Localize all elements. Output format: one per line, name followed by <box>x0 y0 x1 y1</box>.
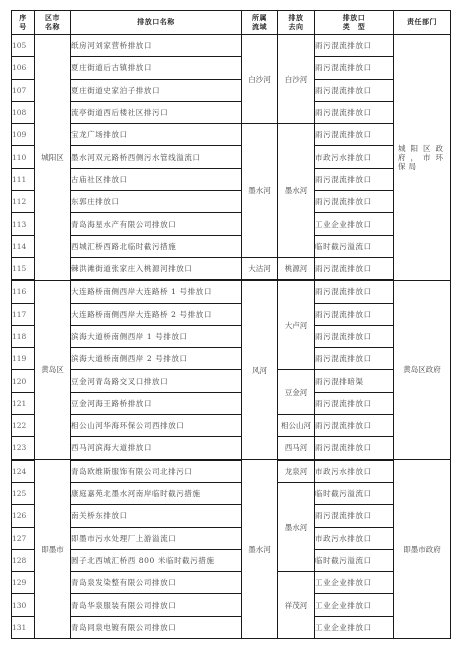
table-row: 106 夏庄街道后古镇排放口 雨污混流排放口 <box>12 57 451 79</box>
table-row: 127 即墨市污水处理厂上游溢流口 市政污水排放口 <box>12 527 451 549</box>
seq-cell: 111 <box>12 168 35 190</box>
dest-cell: 大卢河 <box>278 280 315 370</box>
type-cell: 雨污混流排放口 <box>315 168 394 190</box>
dest-cell: 白沙河 <box>278 35 315 124</box>
name-cell: 康庭嘉苑北墨水河南岸临时截污措施 <box>71 482 242 504</box>
table-row: 109 宝龙广场排放口 墨水河 墨水河 雨污混流排放口 <box>12 124 451 146</box>
seq-cell: 129 <box>12 572 35 594</box>
dest-cell: 桃源河 <box>278 257 315 280</box>
type-cell: 雨污混流排放口 <box>315 303 394 325</box>
table-row: 105 城阳区 纸房河刘家营桥排放口 白沙河 白沙河 雨污混流排放口 城阳区政府… <box>12 35 451 57</box>
table-row: 110 墨水河双元路桥西侧污水管线溢流口 市政污水排放口 <box>12 146 451 168</box>
district-cell: 即墨市 <box>35 460 71 639</box>
header-dept: 责任部门 <box>394 11 451 35</box>
table-row: 112 东郭庄排放口 雨污混流排放口 <box>12 191 451 213</box>
table-row: 111 古庙社区排放口 雨污混流排放口 <box>12 168 451 190</box>
seq-cell: 131 <box>12 616 35 638</box>
dest-cell: 豆金河 <box>278 370 315 415</box>
seq-cell: 120 <box>12 370 35 392</box>
table-row: 118 滨海大道桥南侧西岸 1 号排放口 雨污混流排放口 <box>12 325 451 347</box>
name-cell: 宝龙广场排放口 <box>71 124 242 146</box>
dest-cell: 相公山河 <box>278 415 315 437</box>
seq-cell: 107 <box>12 79 35 101</box>
seq-cell: 122 <box>12 415 35 437</box>
name-cell: 夏庄街道后古镇排放口 <box>71 57 242 79</box>
type-cell: 临时截污溢流口 <box>315 235 394 257</box>
type-cell: 雨污混流排放口 <box>315 191 394 213</box>
name-cell: 豆金河海王路桥排放口 <box>71 392 242 414</box>
seq-cell: 118 <box>12 325 35 347</box>
dept-cell: 城阳区政府，市环保局 <box>394 35 451 281</box>
table-row: 124 即墨市 青岛欧维斯服饰有限公司北排污口 墨水河 龙泉河 市政污水排放口 … <box>12 460 451 483</box>
name-cell: 豆金河青岛路交叉口排放口 <box>71 370 242 392</box>
name-cell: 青岛华泉服装有限公司排放口 <box>71 594 242 616</box>
type-cell: 市政污水排放口 <box>315 527 394 549</box>
table-row: 128 圆子北西城汇桥西 800 米临时截污措施 临时截污溢流口 <box>12 549 451 571</box>
table-row: 125 康庭嘉苑北墨水河南岸临时截污措施 墨水河 临时截污溢流口 <box>12 482 451 504</box>
name-cell: 青岛泉发染整有限公司排放口 <box>71 572 242 594</box>
type-cell: 市政污水排放口 <box>315 146 394 168</box>
dest-cell: 墨水河 <box>278 482 315 571</box>
district-cell: 黄岛区 <box>35 280 71 459</box>
table-row: 107 夏庄街道史家泊子排放口 雨污混流排放口 <box>12 79 451 101</box>
seq-cell: 123 <box>12 437 35 460</box>
type-cell: 雨污混流排放口 <box>315 35 394 57</box>
header-seq: 序号 <box>12 11 35 35</box>
name-cell: 棘洪滩街道张家庄入桃源河排放口 <box>71 257 242 280</box>
table-row: 123 西马河滨海大道排放口 西马河 雨污混流排放口 <box>12 437 451 460</box>
table-row: 114 西城汇桥西路北临时截污措施 临时截污溢流口 <box>12 235 451 257</box>
header-dest: 排放去向 <box>278 11 315 35</box>
type-cell: 雨污混流排放口 <box>315 415 394 437</box>
table-row: 108 流亭街道西后楼社区排污口 雨污混流排放口 <box>12 101 451 123</box>
seq-cell: 114 <box>12 235 35 257</box>
table-row: 122 相公山河华海环保公司西排放口 相公山河 雨污混流排放口 <box>12 415 451 437</box>
name-cell: 大连路桥南侧西岸大连路桥 1 号排放口 <box>71 280 242 303</box>
header-type: 排放口类 型 <box>315 11 394 35</box>
type-cell: 工业企业排放口 <box>315 594 394 616</box>
name-cell: 西马河滨海大道排放口 <box>71 437 242 460</box>
type-cell: 雨污混流排放口 <box>315 437 394 460</box>
table-row: 131 青岛同泉电镀有限公司排放口 工业企业排放口 <box>12 616 451 638</box>
dest-cell: 墨水河 <box>278 124 315 258</box>
name-cell: 即墨市污水处理厂上游溢流口 <box>71 527 242 549</box>
table-row: 117 大连路桥南侧西岸大连路桥 2 号排放口 雨污混流排放口 <box>12 303 451 325</box>
dept-cell: 黄岛区政府 <box>394 280 451 459</box>
district-cell: 城阳区 <box>35 35 71 281</box>
seq-cell: 105 <box>12 35 35 57</box>
header-basin: 所属流域 <box>242 11 278 35</box>
basin-cell: 风河 <box>242 280 278 459</box>
dest-cell: 龙泉河 <box>278 460 315 483</box>
dept-cell: 即墨市政府 <box>394 460 451 639</box>
outfall-table: 序号 区市名称 排放口名称 所属流域 排放去向 排放口类 型 责任部门 105 … <box>11 10 451 639</box>
name-cell: 相公山河华海环保公司西排放口 <box>71 415 242 437</box>
seq-cell: 117 <box>12 303 35 325</box>
basin-cell: 大沽河 <box>242 257 278 280</box>
name-cell: 纸房河刘家营桥排放口 <box>71 35 242 57</box>
table-row: 119 滨海大道桥南侧西岸 2 号排放口 雨污混流排放口 <box>12 348 451 370</box>
seq-cell: 127 <box>12 527 35 549</box>
type-cell: 市政污水排放口 <box>315 460 394 483</box>
type-cell: 临时截污溢流口 <box>315 549 394 571</box>
table-row: 121 豆金河海王路桥排放口 雨污混流排放口 <box>12 392 451 414</box>
table-row: 120 豆金河青岛路交叉口排放口 豆金河 雨污混排暗渠 <box>12 370 451 392</box>
header-district: 区市名称 <box>35 11 71 35</box>
seq-cell: 112 <box>12 191 35 213</box>
dest-cell: 西马河 <box>278 437 315 460</box>
type-cell: 雨污混流排放口 <box>315 57 394 79</box>
table-row: 115 棘洪滩街道张家庄入桃源河排放口 大沽河 桃源河 雨污混流排放口 <box>12 257 451 280</box>
name-cell: 滨海大道桥南侧西岸 2 号排放口 <box>71 348 242 370</box>
basin-cell: 墨水河 <box>242 124 278 258</box>
dest-cell: 祥茂河 <box>278 572 315 639</box>
name-cell: 夏庄街道史家泊子排放口 <box>71 79 242 101</box>
name-cell: 古庙社区排放口 <box>71 168 242 190</box>
type-cell: 雨污混流排放口 <box>315 124 394 146</box>
type-cell: 工业企业排放口 <box>315 213 394 235</box>
basin-cell: 墨水河 <box>242 460 278 639</box>
type-cell: 雨污混流排放口 <box>315 348 394 370</box>
seq-cell: 125 <box>12 482 35 504</box>
name-cell: 大连路桥南侧西岸大连路桥 2 号排放口 <box>71 303 242 325</box>
name-cell: 墨水河双元路桥西侧污水管线溢流口 <box>71 146 242 168</box>
type-cell: 雨污混流排放口 <box>315 280 394 303</box>
table-row: 116 黄岛区 大连路桥南侧西岸大连路桥 1 号排放口 风河 大卢河 雨污混流排… <box>12 280 451 303</box>
name-cell: 青岛欧维斯服饰有限公司北排污口 <box>71 460 242 483</box>
type-cell: 雨污混流排放口 <box>315 79 394 101</box>
seq-cell: 110 <box>12 146 35 168</box>
type-cell: 雨污混流排放口 <box>315 505 394 527</box>
header-name: 排放口名称 <box>71 11 242 35</box>
seq-cell: 108 <box>12 101 35 123</box>
header-row: 序号 区市名称 排放口名称 所属流域 排放去向 排放口类 型 责任部门 <box>12 11 451 35</box>
type-cell: 雨污混流排放口 <box>315 101 394 123</box>
type-cell: 工业企业排放口 <box>315 572 394 594</box>
name-cell: 圆子北西城汇桥西 800 米临时截污措施 <box>71 549 242 571</box>
table-row: 126 南关桥东排放口 雨污混流排放口 <box>12 505 451 527</box>
seq-cell: 115 <box>12 257 35 280</box>
seq-cell: 128 <box>12 549 35 571</box>
type-cell: 雨污混流排放口 <box>315 392 394 414</box>
type-cell: 雨污混流排放口 <box>315 325 394 347</box>
name-cell: 青岛海星水产有限公司排放口 <box>71 213 242 235</box>
type-cell: 雨污混流排放口 <box>315 257 394 280</box>
name-cell: 青岛同泉电镀有限公司排放口 <box>71 616 242 638</box>
seq-cell: 126 <box>12 505 35 527</box>
seq-cell: 130 <box>12 594 35 616</box>
table-row: 129 青岛泉发染整有限公司排放口 祥茂河 工业企业排放口 <box>12 572 451 594</box>
type-cell: 雨污混排暗渠 <box>315 370 394 392</box>
table-row: 113 青岛海星水产有限公司排放口 工业企业排放口 <box>12 213 451 235</box>
name-cell: 流亭街道西后楼社区排污口 <box>71 101 242 123</box>
seq-cell: 121 <box>12 392 35 414</box>
table-row: 130 青岛华泉服装有限公司排放口 工业企业排放口 <box>12 594 451 616</box>
seq-cell: 119 <box>12 348 35 370</box>
seq-cell: 113 <box>12 213 35 235</box>
name-cell: 东郭庄排放口 <box>71 191 242 213</box>
type-cell: 临时截污溢流口 <box>315 482 394 504</box>
seq-cell: 109 <box>12 124 35 146</box>
name-cell: 西城汇桥西路北临时截污措施 <box>71 235 242 257</box>
seq-cell: 106 <box>12 57 35 79</box>
basin-cell: 白沙河 <box>242 35 278 124</box>
name-cell: 滨海大道桥南侧西岸 1 号排放口 <box>71 325 242 347</box>
seq-cell: 124 <box>12 460 35 483</box>
type-cell: 工业企业排放口 <box>315 616 394 638</box>
seq-cell: 116 <box>12 280 35 303</box>
name-cell: 南关桥东排放口 <box>71 505 242 527</box>
